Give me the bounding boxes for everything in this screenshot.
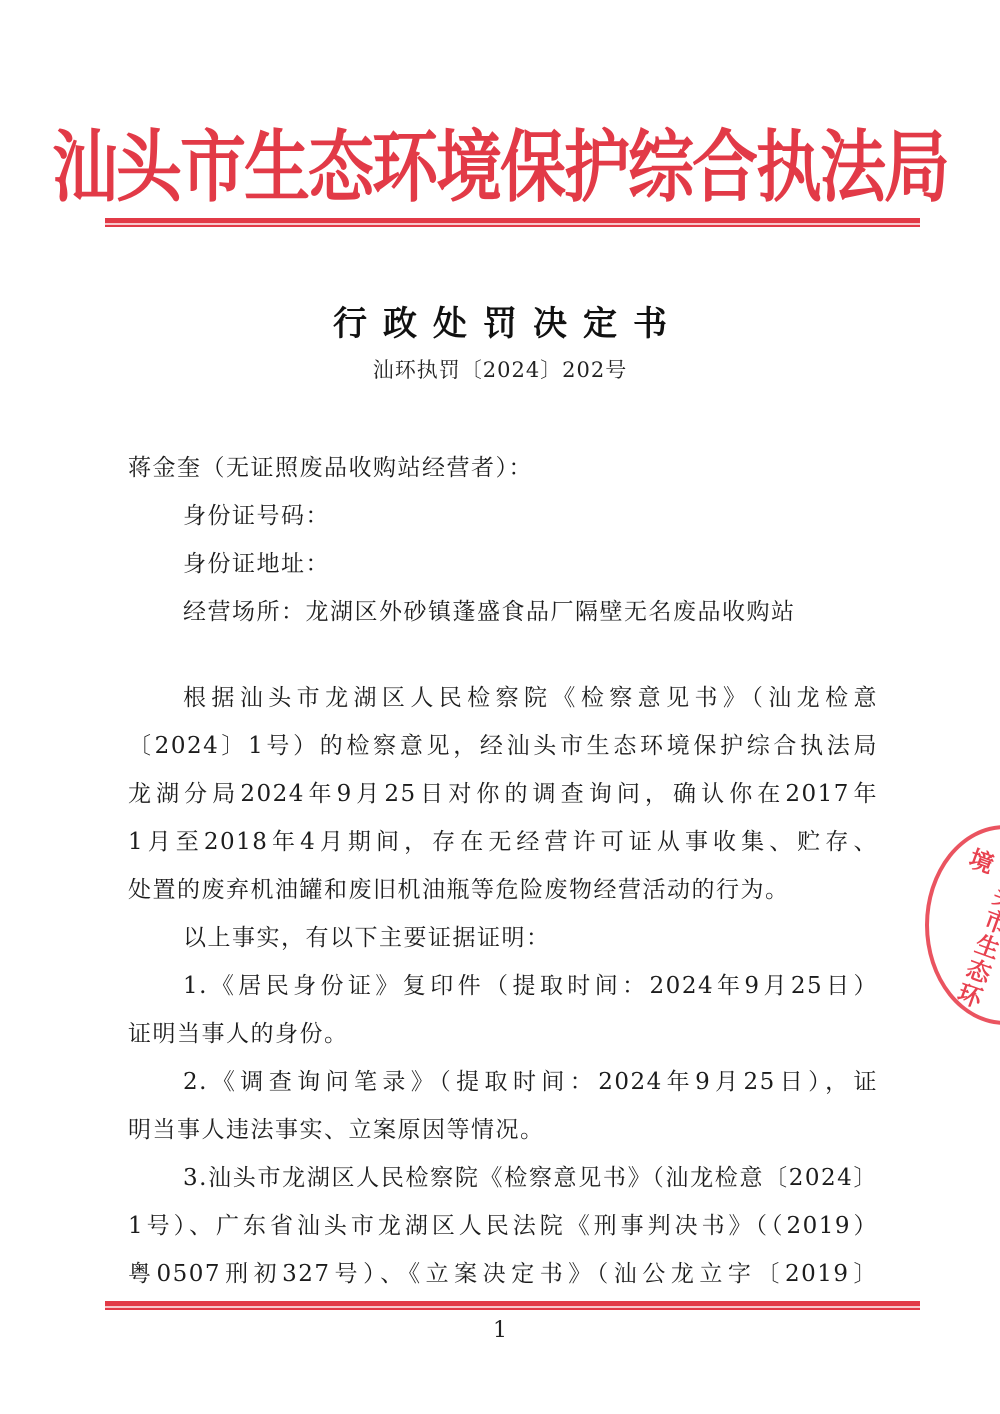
business-place-line: 经营场所：龙湖区外砂镇蓬盛食品厂隔壁无名废品收购站 xyxy=(128,588,878,636)
agency-letterhead: 汕头市生态环境保护综合执法局 xyxy=(0,122,1000,214)
document-title: 行政处罚决定书 xyxy=(0,296,1000,345)
party-section: 蒋金奎（无证照废品收购站经营者）： 身份证号码： 身份证地址： 经营场所：龙湖区… xyxy=(128,444,878,636)
evidence-item-3-line: 粤0507刑初327号）、《立案决定书》（汕公龙立字〔2019〕 xyxy=(128,1250,878,1298)
rule-thin-line xyxy=(105,225,920,227)
party-name-line: 蒋金奎（无证照废品收购站经营者）： xyxy=(128,444,878,492)
paragraph-line: 龙湖分局2024年9月25日对你的调查询问，确认你在2017年 xyxy=(128,770,878,818)
evidence-item-2-line: 2.《调查询问笔录》（提取时间：2024年9月25日），证 xyxy=(128,1058,878,1106)
id-address-line: 身份证地址： xyxy=(128,540,878,588)
facts-paragraph: 根据汕头市龙湖区人民检察院《检察意见书》（汕龙检意 〔2024〕1号）的检察意见… xyxy=(128,674,878,1298)
evidence-item-3-line: 1号）、广东省汕头市龙湖区人民法院《刑事判决书》（（2019） xyxy=(128,1202,878,1250)
evidence-intro: 以上事实，有以下主要证据证明： xyxy=(128,914,878,962)
rule-thin-line xyxy=(105,1308,920,1310)
paragraph-line: 1月至2018年4月期间，存在无经营许可证从事收集、贮存、 xyxy=(128,818,878,866)
evidence-item-2-line: 明当事人违法事实、立案原因等情况。 xyxy=(128,1106,878,1154)
id-number-label: 身份证号码： xyxy=(183,503,330,529)
paragraph-line: 根据汕头市龙湖区人民检察院《检察意见书》（汕龙检意 xyxy=(128,674,878,722)
evidence-item-1-line: 证明当事人的身份。 xyxy=(128,1010,878,1058)
evidence-item-3-line: 3.汕头市龙湖区人民检察院《检察意见书》（汕龙检意〔2024〕 xyxy=(128,1154,878,1202)
paragraph-line: 处置的废弃机油罐和废旧机油瓶等危险废物经营活动的行为。 xyxy=(128,866,878,914)
evidence-item-1-line: 1.《居民身份证》复印件（提取时间：2024年9月25日） xyxy=(128,962,878,1010)
document-number: 汕环执罚〔2024〕202号 xyxy=(0,354,1000,384)
id-number-line: 身份证号码： xyxy=(128,492,878,540)
paragraph-line: 〔2024〕1号）的检察意见，经汕头市生态环境保护综合执法局 xyxy=(128,722,878,770)
page-number: 1 xyxy=(0,1318,1000,1343)
id-address-label: 身份证地址： xyxy=(183,551,330,577)
